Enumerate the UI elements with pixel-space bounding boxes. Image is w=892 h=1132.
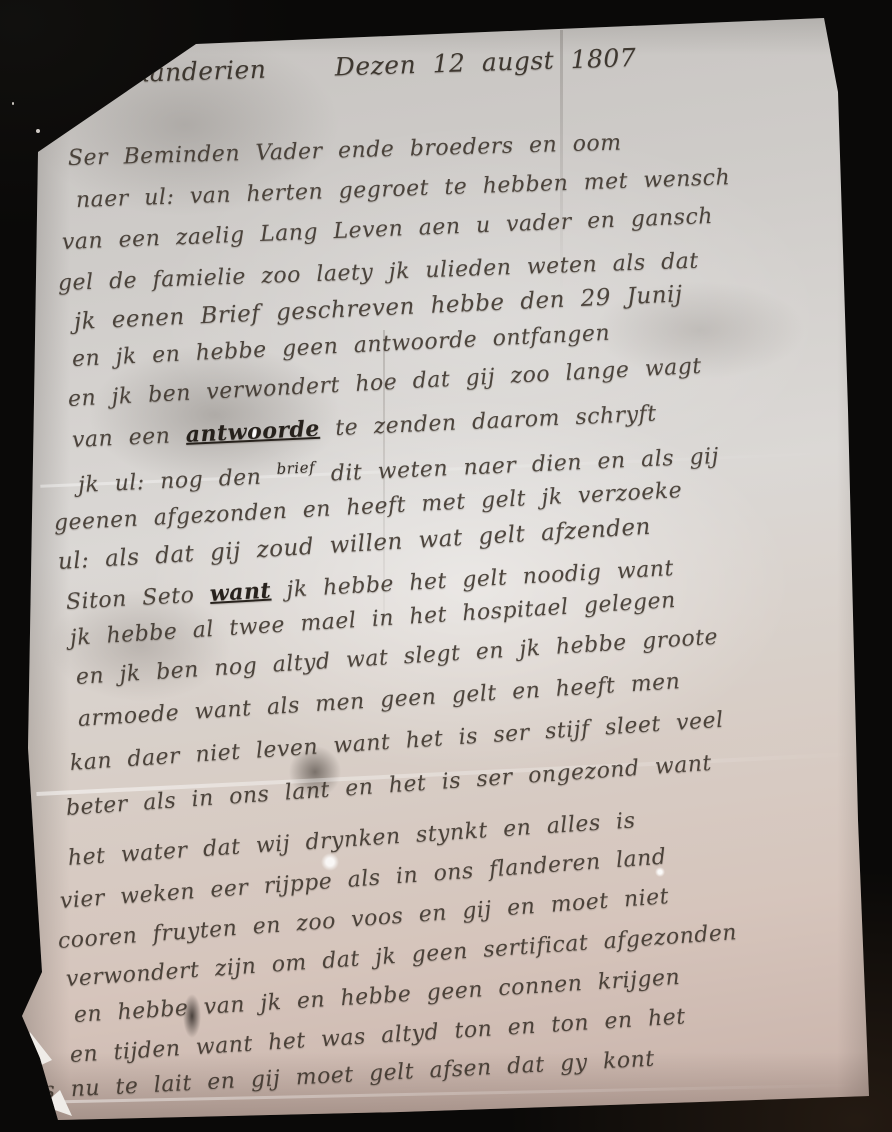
letter-page: alexanderien Dezen 12 augst 1807 Ser Bem… (0, 0, 892, 1132)
dateline-date: Dezen 12 augst 1807 (334, 43, 636, 81)
dateline-place: alexanderien (96, 55, 267, 89)
letter-line: naer ul: van herten gegroet te hebben me… (76, 165, 731, 213)
letter-line: Ser Beminden Vader ende broeders en oom (68, 131, 622, 171)
paper-top-edge-tint (196, 13, 828, 42)
letter-line-text: jk ul: nog den (78, 464, 278, 498)
letter-line-text: te zenden daarom schryft (319, 401, 657, 441)
letter-line: van een antwoorde te zenden daarom schry… (71, 400, 657, 453)
photograph: alexanderien Dezen 12 augst 1807 Ser Bem… (0, 0, 892, 1132)
torn-edge-highlight (26, 1032, 52, 1072)
dust-speck (36, 129, 40, 133)
emphasized-word: antwoorde (185, 416, 320, 448)
letter-line-text: Siton Seto (65, 582, 210, 615)
letter-line: van een zaelig Lang Leven aen u vader en… (61, 204, 713, 255)
inserted-word: brief (276, 458, 315, 478)
letter-line-text: van een (71, 423, 186, 453)
dateline: alexanderien Dezen 12 augst 1807 (96, 43, 637, 89)
dust-speck (12, 102, 14, 105)
emphasized-word: want (209, 578, 272, 607)
